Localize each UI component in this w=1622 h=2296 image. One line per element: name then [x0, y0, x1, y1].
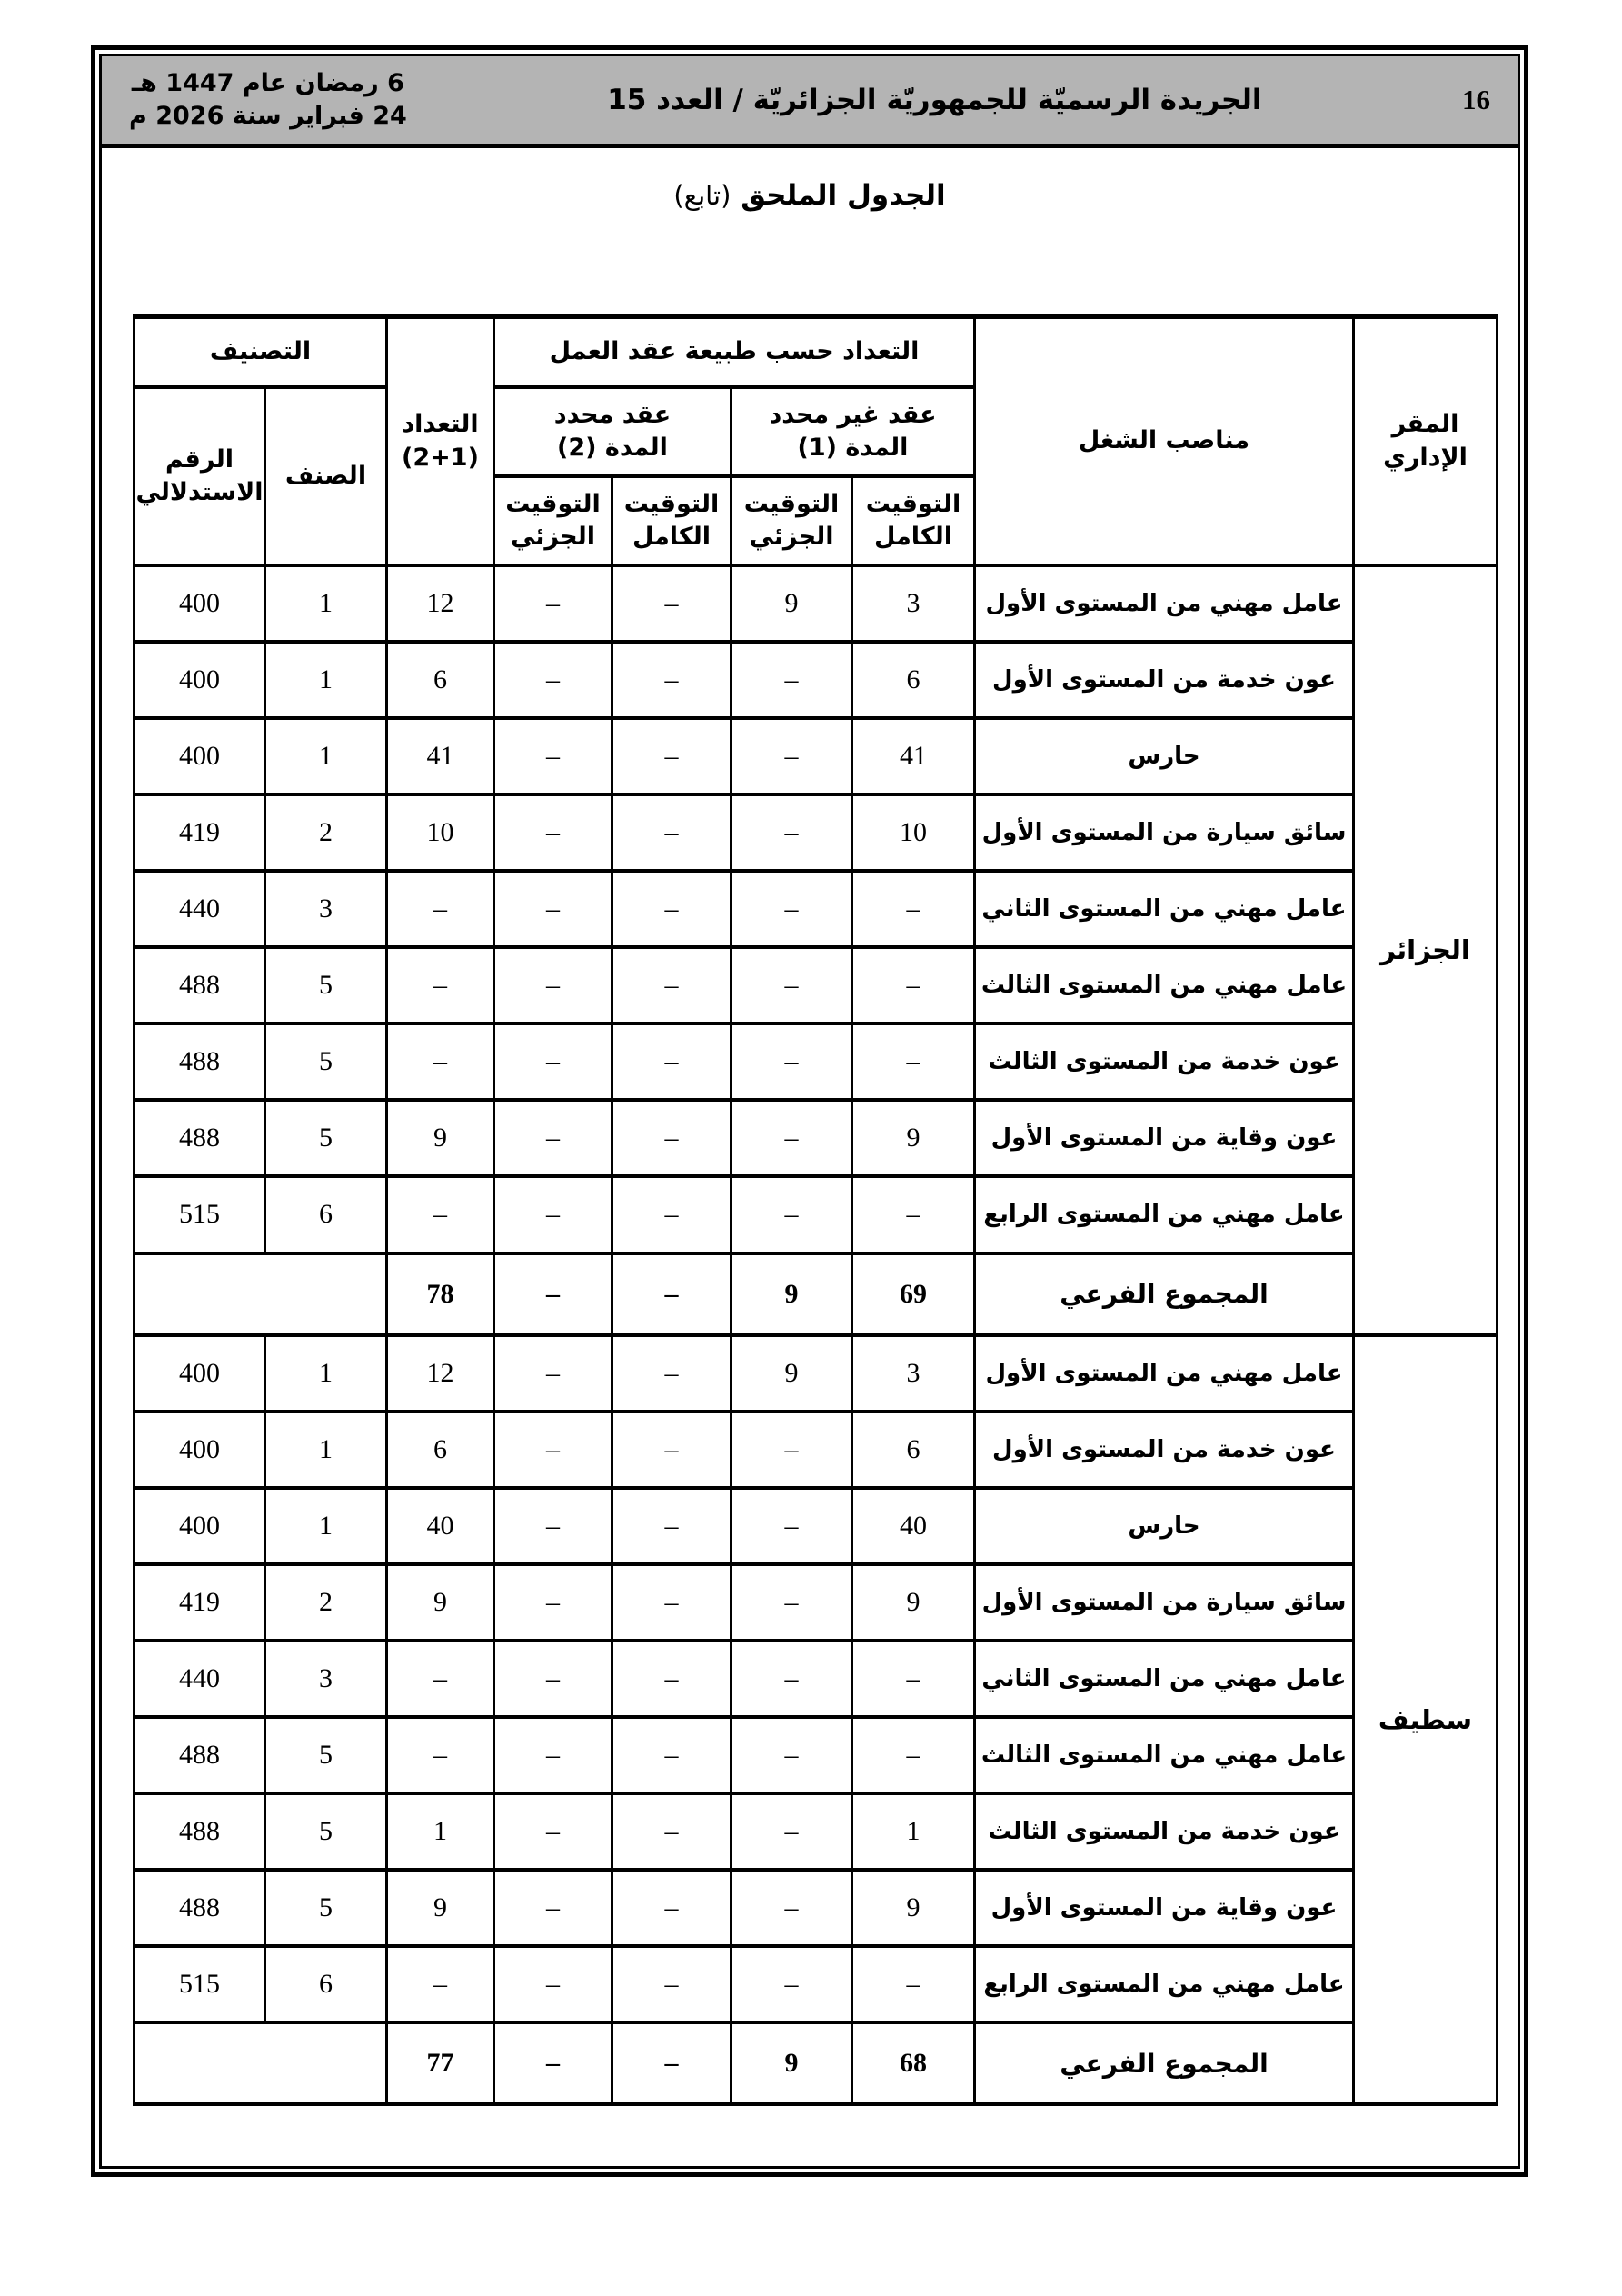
value-cell-cat: 3 — [265, 871, 387, 947]
job-title-cell: عون خدمة من المستوى الثالث — [975, 1793, 1354, 1870]
value-cell-idx: 400 — [134, 642, 265, 718]
subtotal-value-pt2: – — [494, 1253, 612, 1335]
value-cell-ft1: 6 — [852, 1412, 975, 1488]
issue-dates: 6 رمضان عام 1447 هـ 24 فبراير سنة 2026 م — [129, 67, 407, 134]
job-title-cell: عامل مهني من المستوى الأول — [975, 1335, 1354, 1412]
value-cell-ft2: – — [612, 1793, 731, 1870]
job-title-cell: عامل مهني من المستوى الثالث — [975, 947, 1354, 1023]
value-cell-pt2: – — [494, 1870, 612, 1946]
value-cell-pt1: – — [731, 1870, 852, 1946]
value-cell-cat: 6 — [265, 1176, 387, 1253]
value-cell-cat: 5 — [265, 1793, 387, 1870]
document-title-note: (تابع) — [673, 180, 731, 211]
table-row: عامل مهني من المستوى الثاني–––––3440 — [134, 1641, 1498, 1717]
value-cell-idx: 488 — [134, 947, 265, 1023]
header-category: الصنف — [265, 387, 387, 565]
subtotal-value-ft1: 68 — [852, 2022, 975, 2104]
date-hijri: 6 رمضان عام 1447 هـ — [129, 67, 407, 100]
value-cell-total: – — [387, 947, 494, 1023]
value-cell-idx: 400 — [134, 1488, 265, 1564]
value-cell-pt2: – — [494, 642, 612, 718]
value-cell-pt1: – — [731, 642, 852, 718]
value-cell-pt1: – — [731, 1488, 852, 1564]
subtotal-label: المجموع الفرعي — [975, 2022, 1354, 2104]
header-open-full-time: التوقيت الكامل — [852, 476, 975, 565]
value-cell-total: 9 — [387, 1870, 494, 1946]
value-cell-cat: 5 — [265, 1870, 387, 1946]
value-cell-idx: 400 — [134, 718, 265, 794]
table-row: حارس40–––401400 — [134, 1488, 1498, 1564]
value-cell-pt2: – — [494, 718, 612, 794]
value-cell-pt2: – — [494, 1793, 612, 1870]
value-cell-ft2: – — [612, 1176, 731, 1253]
table-row: سائق سيارة من المستوى الأول9–––92419 — [134, 1564, 1498, 1641]
value-cell-pt1: 9 — [731, 1335, 852, 1412]
value-cell-idx: 515 — [134, 1176, 265, 1253]
subtotal-value-ft2: – — [612, 2022, 731, 2104]
value-cell-pt1: – — [731, 718, 852, 794]
value-cell-idx: 488 — [134, 1100, 265, 1176]
value-cell-ft1: 40 — [852, 1488, 975, 1564]
subtotal-value-ft2: – — [612, 1253, 731, 1335]
journal-title: الجريدة الرسميّة للجمهوريّة الجزائريّة /… — [407, 84, 1462, 116]
value-cell-total: 12 — [387, 1335, 494, 1412]
value-cell-pt1: – — [731, 1412, 852, 1488]
value-cell-total: – — [387, 1946, 494, 2022]
value-cell-cat: 2 — [265, 794, 387, 871]
annex-table: المقر الإداري مناصب الشغل التعداد حسب طب… — [133, 314, 1498, 2106]
value-cell-cat: 1 — [265, 718, 387, 794]
table-row: عون خدمة من المستوى الأول6–––61400 — [134, 642, 1498, 718]
value-cell-pt2: – — [494, 794, 612, 871]
value-cell-pt2: – — [494, 1412, 612, 1488]
value-cell-pt1: – — [731, 1946, 852, 2022]
value-cell-idx: 515 — [134, 1946, 265, 2022]
header-total: التعداد (2+1) — [387, 316, 494, 565]
value-cell-cat: 3 — [265, 1641, 387, 1717]
value-cell-total: 40 — [387, 1488, 494, 1564]
table-row: عامل مهني من المستوى الثاني–––––3440 — [134, 871, 1498, 947]
value-cell-total: 6 — [387, 1412, 494, 1488]
job-title-cell: سائق سيارة من المستوى الأول — [975, 794, 1354, 871]
subtotal-classification-empty — [134, 2022, 387, 2104]
table-row: عون خدمة من المستوى الأول6–––61400 — [134, 1412, 1498, 1488]
value-cell-ft2: – — [612, 1641, 731, 1717]
job-title-cell: حارس — [975, 718, 1354, 794]
table-section: الجزائرعامل مهني من المستوى الأول39––121… — [134, 565, 1498, 1335]
value-cell-total: – — [387, 1717, 494, 1793]
value-cell-ft1: – — [852, 1641, 975, 1717]
value-cell-ft2: – — [612, 794, 731, 871]
value-cell-ft1: 9 — [852, 1870, 975, 1946]
value-cell-pt2: – — [494, 1564, 612, 1641]
header-index-number: الرقم الاستدلالي — [134, 387, 265, 565]
subtotal-label: المجموع الفرعي — [975, 1253, 1354, 1335]
table-row: عون وقاية من المستوى الأول9–––95488 — [134, 1100, 1498, 1176]
subtotal-value-pt2: – — [494, 2022, 612, 2104]
value-cell-pt1: – — [731, 1717, 852, 1793]
value-cell-total: – — [387, 1176, 494, 1253]
value-cell-ft1: 6 — [852, 642, 975, 718]
value-cell-idx: 488 — [134, 1870, 265, 1946]
value-cell-idx: 440 — [134, 871, 265, 947]
value-cell-total: – — [387, 1023, 494, 1100]
value-cell-ft1: – — [852, 1176, 975, 1253]
job-title-cell: عامل مهني من المستوى الثاني — [975, 871, 1354, 947]
header-hq: المقر الإداري — [1354, 316, 1498, 565]
subtotal-value-total: 78 — [387, 1253, 494, 1335]
job-title-cell: عامل مهني من المستوى الثاني — [975, 1641, 1354, 1717]
document-title: الجدول الملحق (تابع) — [102, 179, 1518, 212]
value-cell-idx: 400 — [134, 1335, 265, 1412]
subtotal-row: المجموع الفرعي699––78 — [134, 1253, 1498, 1335]
value-cell-total: 9 — [387, 1100, 494, 1176]
value-cell-ft2: – — [612, 947, 731, 1023]
value-cell-pt1: – — [731, 947, 852, 1023]
value-cell-ft1: – — [852, 871, 975, 947]
page-frame-inner: 16 الجريدة الرسميّة للجمهوريّة الجزائريّ… — [99, 54, 1520, 2169]
value-cell-total: 12 — [387, 565, 494, 642]
job-title-cell: عامل مهني من المستوى الرابع — [975, 1176, 1354, 1253]
value-cell-ft2: – — [612, 1564, 731, 1641]
value-cell-ft1: – — [852, 1717, 975, 1793]
value-cell-ft1: 3 — [852, 1335, 975, 1412]
subtotal-classification-empty — [134, 1253, 387, 1335]
table-section: سطيفعامل مهني من المستوى الأول39––121400… — [134, 1335, 1498, 2105]
table-row: عامل مهني من المستوى الثالث–––––5488 — [134, 1717, 1498, 1793]
value-cell-cat: 5 — [265, 1100, 387, 1176]
value-cell-pt2: – — [494, 871, 612, 947]
job-title-cell: عون وقاية من المستوى الأول — [975, 1870, 1354, 1946]
header-open-contract: عقد غير محدد المدة (1) — [731, 387, 975, 476]
page-number: 16 — [1462, 84, 1490, 116]
page-frame: 16 الجريدة الرسميّة للجمهوريّة الجزائريّ… — [91, 45, 1528, 2177]
value-cell-pt2: – — [494, 1023, 612, 1100]
table-zone: المقر الإداري مناصب الشغل التعداد حسب طب… — [133, 314, 1499, 2106]
subtotal-value-ft1: 69 — [852, 1253, 975, 1335]
value-cell-ft2: – — [612, 1488, 731, 1564]
value-cell-cat: 5 — [265, 1023, 387, 1100]
value-cell-idx: 488 — [134, 1717, 265, 1793]
region-label: الجزائر — [1354, 565, 1498, 1335]
value-cell-cat: 1 — [265, 642, 387, 718]
table-row: سائق سيارة من المستوى الأول10–––102419 — [134, 794, 1498, 871]
journal-header-bar: 16 الجريدة الرسميّة للجمهوريّة الجزائريّ… — [102, 56, 1518, 148]
value-cell-pt1: – — [731, 1023, 852, 1100]
table-row: عامل مهني من المستوى الرابع–––––6515 — [134, 1176, 1498, 1253]
value-cell-ft2: – — [612, 1870, 731, 1946]
job-title-cell: عامل مهني من المستوى الرابع — [975, 1946, 1354, 2022]
value-cell-pt2: – — [494, 1717, 612, 1793]
value-cell-idx: 488 — [134, 1023, 265, 1100]
value-cell-ft1: – — [852, 1946, 975, 2022]
job-title-cell: عون وقاية من المستوى الأول — [975, 1100, 1354, 1176]
value-cell-ft2: – — [612, 642, 731, 718]
header-classification: التصنيف — [134, 316, 387, 387]
value-cell-ft1: – — [852, 1023, 975, 1100]
job-title-cell: سائق سيارة من المستوى الأول — [975, 1564, 1354, 1641]
value-cell-total: 10 — [387, 794, 494, 871]
value-cell-ft1: 9 — [852, 1564, 975, 1641]
value-cell-cat: 5 — [265, 947, 387, 1023]
header-fixed-part-time: التوقيت الجزئي — [494, 476, 612, 565]
table-row: عون وقاية من المستوى الأول9–––95488 — [134, 1870, 1498, 1946]
job-title-cell: عامل مهني من المستوى الأول — [975, 565, 1354, 642]
value-cell-ft1: 1 — [852, 1793, 975, 1870]
header-jobs: مناصب الشغل — [975, 316, 1354, 565]
value-cell-ft1: 9 — [852, 1100, 975, 1176]
value-cell-cat: 5 — [265, 1717, 387, 1793]
document-title-text: الجدول الملحق — [741, 179, 945, 212]
value-cell-pt1: 9 — [731, 565, 852, 642]
table-row: عون خدمة من المستوى الثالث1–––15488 — [134, 1793, 1498, 1870]
table-row: حارس41–––411400 — [134, 718, 1498, 794]
value-cell-pt1: – — [731, 794, 852, 871]
value-cell-ft2: – — [612, 718, 731, 794]
value-cell-total: – — [387, 1641, 494, 1717]
header-count-group: التعداد حسب طبيعة عقد العمل — [494, 316, 975, 387]
value-cell-pt2: – — [494, 1176, 612, 1253]
value-cell-ft1: 3 — [852, 565, 975, 642]
value-cell-pt1: – — [731, 1100, 852, 1176]
value-cell-pt1: – — [731, 1641, 852, 1717]
value-cell-pt2: – — [494, 947, 612, 1023]
region-label: سطيف — [1354, 1335, 1498, 2105]
value-cell-pt1: – — [731, 1793, 852, 1870]
value-cell-idx: 419 — [134, 1564, 265, 1641]
value-cell-total: 41 — [387, 718, 494, 794]
value-cell-pt2: – — [494, 1641, 612, 1717]
value-cell-ft1: – — [852, 947, 975, 1023]
table-header: المقر الإداري مناصب الشغل التعداد حسب طب… — [134, 316, 1498, 565]
value-cell-pt2: – — [494, 565, 612, 642]
job-title-cell: عون خدمة من المستوى الأول — [975, 1412, 1354, 1488]
value-cell-idx: 488 — [134, 1793, 265, 1870]
value-cell-ft2: – — [612, 1412, 731, 1488]
value-cell-cat: 1 — [265, 1335, 387, 1412]
value-cell-idx: 400 — [134, 565, 265, 642]
value-cell-ft2: – — [612, 1946, 731, 2022]
job-title-cell: عامل مهني من المستوى الثالث — [975, 1717, 1354, 1793]
value-cell-total: 1 — [387, 1793, 494, 1870]
table-row: سطيفعامل مهني من المستوى الأول39––121400 — [134, 1335, 1498, 1412]
header-open-part-time: التوقيت الجزئي — [731, 476, 852, 565]
value-cell-cat: 1 — [265, 565, 387, 642]
table-row: الجزائرعامل مهني من المستوى الأول39––121… — [134, 565, 1498, 642]
value-cell-idx: 440 — [134, 1641, 265, 1717]
value-cell-idx: 419 — [134, 794, 265, 871]
header-fixed-contract: عقد محدد المدة (2) — [494, 387, 731, 476]
subtotal-value-pt1: 9 — [731, 2022, 852, 2104]
value-cell-ft2: – — [612, 871, 731, 947]
value-cell-total: 9 — [387, 1564, 494, 1641]
value-cell-total: 6 — [387, 642, 494, 718]
value-cell-cat: 2 — [265, 1564, 387, 1641]
value-cell-cat: 1 — [265, 1412, 387, 1488]
value-cell-cat: 1 — [265, 1488, 387, 1564]
value-cell-pt2: – — [494, 1335, 612, 1412]
value-cell-pt1: – — [731, 1564, 852, 1641]
value-cell-pt1: – — [731, 871, 852, 947]
subtotal-value-total: 77 — [387, 2022, 494, 2104]
date-gregorian: 24 فبراير سنة 2026 م — [129, 100, 407, 133]
subtotal-row: المجموع الفرعي689––77 — [134, 2022, 1498, 2104]
subtotal-value-pt1: 9 — [731, 1253, 852, 1335]
value-cell-pt2: – — [494, 1488, 612, 1564]
value-cell-ft1: 41 — [852, 718, 975, 794]
job-title-cell: حارس — [975, 1488, 1354, 1564]
header-fixed-full-time: التوقيت الكامل — [612, 476, 731, 565]
table-row: عامل مهني من المستوى الثالث–––––5488 — [134, 947, 1498, 1023]
value-cell-idx: 400 — [134, 1412, 265, 1488]
value-cell-pt2: – — [494, 1946, 612, 2022]
value-cell-total: – — [387, 871, 494, 947]
value-cell-ft2: – — [612, 565, 731, 642]
value-cell-ft2: – — [612, 1717, 731, 1793]
table-row: عامل مهني من المستوى الرابع–––––6515 — [134, 1946, 1498, 2022]
value-cell-cat: 6 — [265, 1946, 387, 2022]
job-title-cell: عون خدمة من المستوى الثالث — [975, 1023, 1354, 1100]
table-row: عون خدمة من المستوى الثالث–––––5488 — [134, 1023, 1498, 1100]
job-title-cell: عون خدمة من المستوى الأول — [975, 642, 1354, 718]
value-cell-ft1: 10 — [852, 794, 975, 871]
value-cell-ft2: – — [612, 1023, 731, 1100]
value-cell-ft2: – — [612, 1100, 731, 1176]
value-cell-pt2: – — [494, 1100, 612, 1176]
value-cell-pt1: – — [731, 1176, 852, 1253]
value-cell-ft2: – — [612, 1335, 731, 1412]
